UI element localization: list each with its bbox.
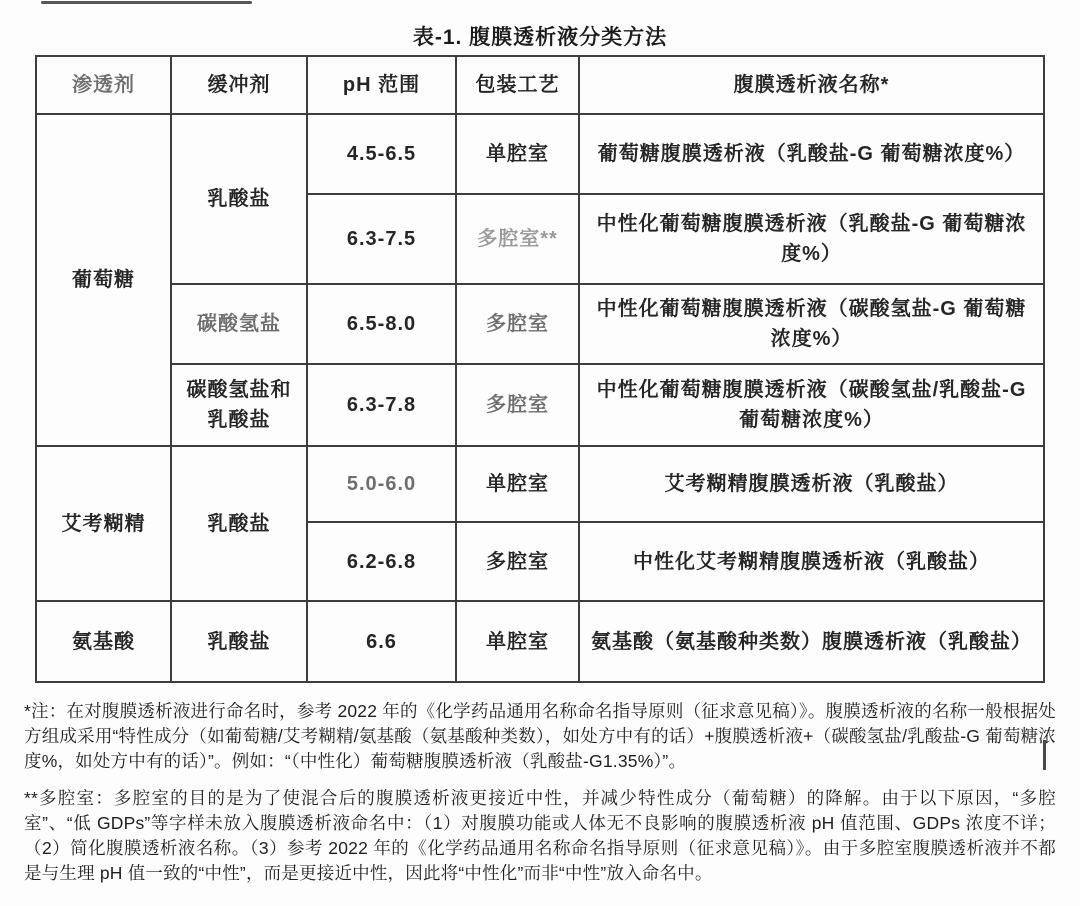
header-fluid-name: 腹膜透析液名称* xyxy=(579,56,1044,114)
dialysis-classification-table: 渗透剂 缓冲剂 pH 范围 包装工艺 腹膜透析液名称* 葡萄糖 乳酸盐 4.5-… xyxy=(35,55,1045,683)
cell-pkg-7: 单腔室 xyxy=(456,601,579,682)
header-osmotic-agent: 渗透剂 xyxy=(36,56,171,114)
cell-name-2: 中性化葡萄糖腹膜透析液（乳酸盐-G 葡萄糖浓度%） xyxy=(579,194,1044,284)
cell-ph-1: 4.5-6.5 xyxy=(307,114,456,194)
cell-ph-7: 6.6 xyxy=(307,601,456,682)
top-edge-artifact xyxy=(41,1,252,4)
header-packaging: 包装工艺 xyxy=(456,56,579,114)
cell-ph-6: 6.2-6.8 xyxy=(307,522,456,601)
cell-osmotic-amino-acid: 氨基酸 xyxy=(36,601,171,682)
cell-pkg-6: 多腔室 xyxy=(456,522,579,601)
footnote-naming-rule: *注：在对腹膜透析液进行命名时，参考 2022 年的《化学药品通用名称命名指导原… xyxy=(24,699,1056,774)
cell-ph-2: 6.3-7.5 xyxy=(307,194,456,284)
cell-pkg-2: 多腔室** xyxy=(456,194,579,284)
cell-osmotic-glucose: 葡萄糖 xyxy=(36,114,171,446)
cell-buffer-bicarbonate: 碳酸氢盐 xyxy=(171,284,307,364)
footnote-multichamber: **多腔室：多腔室的目的是为了使混合后的腹膜透析液更接近中性，并减少特性成分（葡… xyxy=(24,786,1056,886)
cell-buffer-lactate-3: 乳酸盐 xyxy=(171,601,307,682)
table-title: 表-1. 腹膜透析液分类方法 xyxy=(0,21,1080,51)
cell-name-1: 葡萄糖腹膜透析液（乳酸盐-G 葡萄糖浓度%） xyxy=(579,114,1044,194)
header-ph-range: pH 范围 xyxy=(307,56,456,114)
table-header-row: 渗透剂 缓冲剂 pH 范围 包装工艺 腹膜透析液名称* xyxy=(36,56,1044,114)
cell-osmotic-icodextrin: 艾考糊精 xyxy=(36,446,171,601)
cell-pkg-4: 多腔室 xyxy=(456,364,579,446)
table-row: 氨基酸 乳酸盐 6.6 单腔室 氨基酸（氨基酸种类数）腹膜透析液（乳酸盐） xyxy=(36,601,1044,682)
cell-buffer-lactate-1: 乳酸盐 xyxy=(171,114,307,284)
table-row: 艾考糊精 乳酸盐 5.0-6.0 单腔室 艾考糊精腹膜透析液（乳酸盐） xyxy=(36,446,1044,522)
cell-name-3: 中性化葡萄糖腹膜透析液（碳酸氢盐-G 葡萄糖浓度%） xyxy=(579,284,1044,364)
cell-name-6: 中性化艾考糊精腹膜透析液（乳酸盐） xyxy=(579,522,1044,601)
table-row: 碳酸氢盐 6.5-8.0 多腔室 中性化葡萄糖腹膜透析液（碳酸氢盐-G 葡萄糖浓… xyxy=(36,284,1044,364)
cell-pkg-1: 单腔室 xyxy=(456,114,579,194)
header-buffer: 缓冲剂 xyxy=(171,56,307,114)
text-caret xyxy=(1043,740,1046,770)
cell-name-5: 艾考糊精腹膜透析液（乳酸盐） xyxy=(579,446,1044,522)
cell-pkg-3: 多腔室 xyxy=(456,284,579,364)
table-row: 葡萄糖 乳酸盐 4.5-6.5 单腔室 葡萄糖腹膜透析液（乳酸盐-G 葡萄糖浓度… xyxy=(36,114,1044,194)
cell-name-7: 氨基酸（氨基酸种类数）腹膜透析液（乳酸盐） xyxy=(579,601,1044,682)
table-row: 碳酸氢盐和乳酸盐 6.3-7.8 多腔室 中性化葡萄糖腹膜透析液（碳酸氢盐/乳酸… xyxy=(36,364,1044,446)
cell-ph-3: 6.5-8.0 xyxy=(307,284,456,364)
cell-buffer-bicarb-lactate: 碳酸氢盐和乳酸盐 xyxy=(171,364,307,446)
cell-ph-5: 5.0-6.0 xyxy=(307,446,456,522)
cell-pkg-5: 单腔室 xyxy=(456,446,579,522)
cell-buffer-lactate-2: 乳酸盐 xyxy=(171,446,307,601)
cell-ph-4: 6.3-7.8 xyxy=(307,364,456,446)
cell-name-4: 中性化葡萄糖腹膜透析液（碳酸氢盐/乳酸盐-G 葡萄糖浓度%） xyxy=(579,364,1044,446)
document-page: 表-1. 腹膜透析液分类方法 渗透剂 缓冲剂 pH 范围 包装工艺 腹膜透析液名… xyxy=(0,21,1080,886)
